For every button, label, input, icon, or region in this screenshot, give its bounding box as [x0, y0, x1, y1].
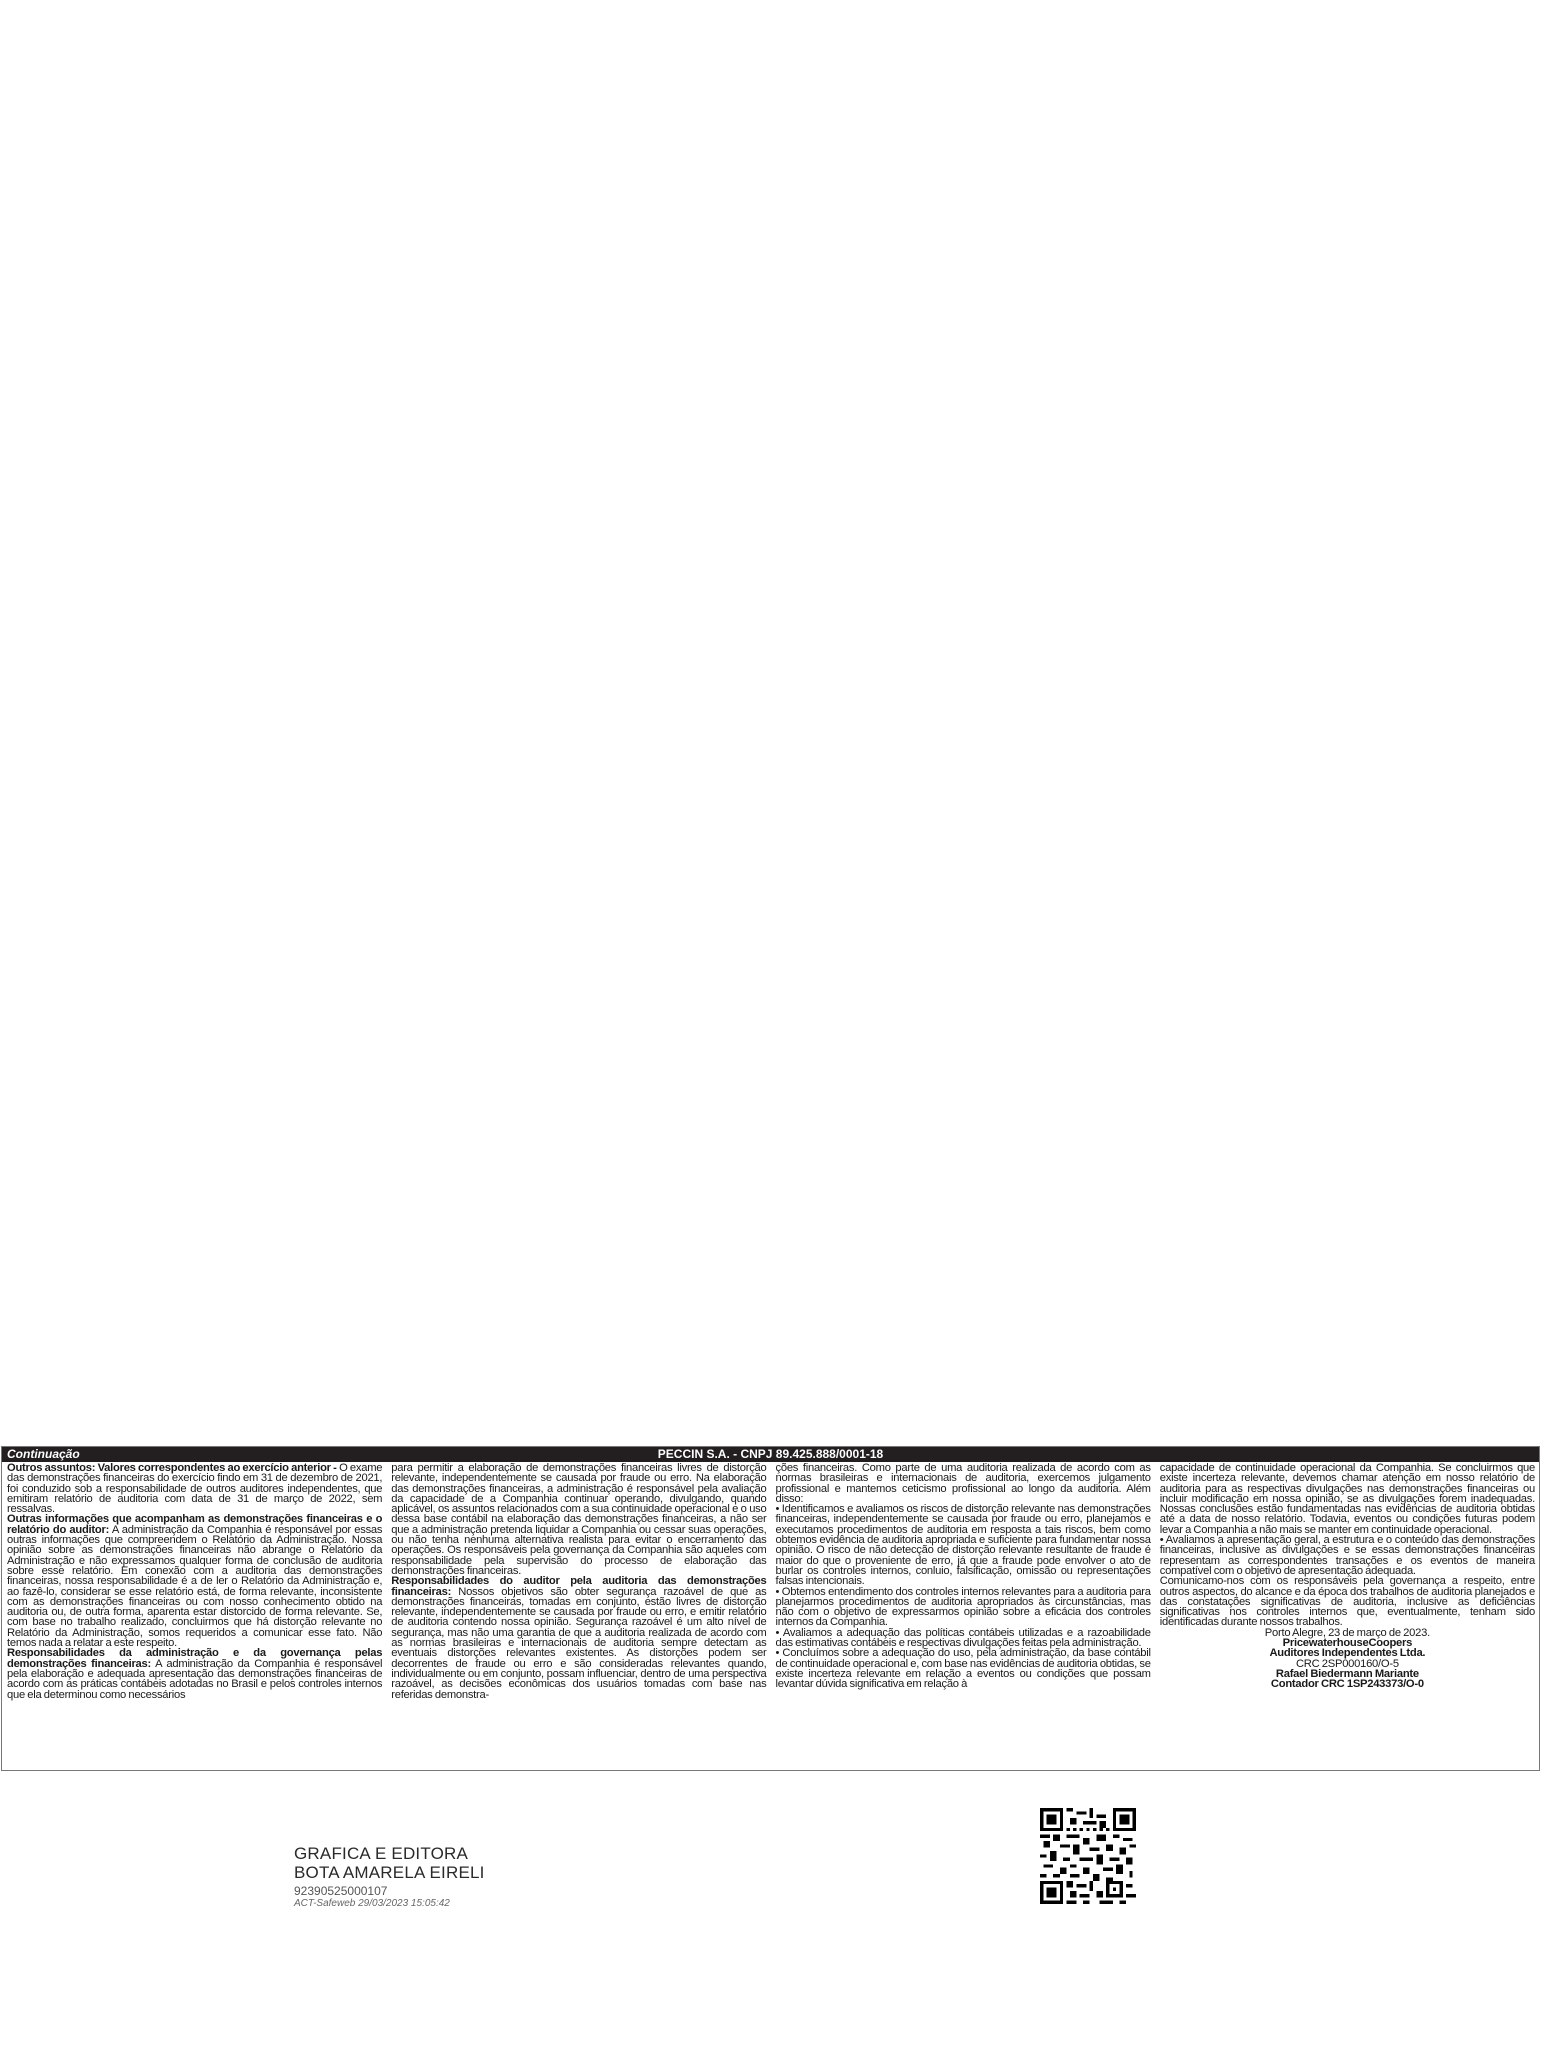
column-3: ções financeiras. Como parte de uma audi…	[776, 1463, 1151, 1700]
paragraph-text: capacidade de continuidade operacional d…	[1160, 1462, 1535, 1536]
paragraph-text: • Obtemos entendimento dos controles int…	[776, 1586, 1151, 1629]
paragraph-text: • Avaliamos a apresentação geral, a estr…	[1160, 1534, 1535, 1577]
column-1: Outros assuntos: Valores correspondentes…	[7, 1463, 382, 1700]
qr-code-icon	[1040, 1808, 1136, 1904]
column-2: para permitir a elaboração de demonstraç…	[391, 1463, 766, 1700]
paragraph-text: para permitir a elaboração de demonstraç…	[391, 1462, 766, 1577]
paragraph: Responsabilidades do auditor pela audito…	[391, 1576, 766, 1700]
bullet-item: • Concluímos sobre a adequação do uso, p…	[776, 1648, 1151, 1689]
auditor-report-notice: Continuação PECCIN S.A. - CNPJ 89.425.88…	[1, 1446, 1540, 1771]
bullet-item: • Identificamos e avaliamos os riscos de…	[776, 1504, 1151, 1586]
auditor-crc: Contador CRC 1SP243373/O-0	[1160, 1679, 1535, 1689]
header-bar: Continuação PECCIN S.A. - CNPJ 89.425.88…	[2, 1447, 1539, 1462]
bullet-item: • Avaliamos a adequação das políticas co…	[776, 1628, 1151, 1649]
paragraph: para permitir a elaboração de demonstraç…	[391, 1463, 766, 1576]
paragraph-text: • Identificamos e avaliamos os riscos de…	[776, 1503, 1151, 1587]
paragraph: ções financeiras. Como parte de uma audi…	[776, 1463, 1151, 1504]
text-columns: Outros assuntos: Valores correspondentes…	[2, 1462, 1539, 1700]
paragraph: capacidade de continuidade operacional d…	[1160, 1463, 1535, 1535]
paragraph: Outras informações que acompanham as dem…	[7, 1514, 382, 1648]
printer-name-line1: GRAFICA E EDITORA	[294, 1844, 485, 1863]
column-4: capacidade de continuidade operacional d…	[1160, 1463, 1535, 1700]
printer-name-line2: BOTA AMARELA EIRELI	[294, 1863, 485, 1882]
printer-info: GRAFICA E EDITORA BOTA AMARELA EIRELI 92…	[294, 1844, 485, 1909]
paragraph-text: ções financeiras. Como parte de uma audi…	[776, 1462, 1151, 1505]
bullet-item: • Avaliamos a apresentação geral, a estr…	[1160, 1535, 1535, 1576]
digital-certificate: ACT-Safeweb 29/03/2023 15:05:42	[294, 1898, 485, 1909]
paragraph-text: A administração da Companhia é responsáv…	[7, 1524, 382, 1649]
printer-cnpj: 92390525000107	[294, 1885, 485, 1898]
bullet-item: • Obtemos entendimento dos controles int…	[776, 1587, 1151, 1628]
company-title: PECCIN S.A. - CNPJ 89.425.888/0001-18	[2, 1447, 1539, 1462]
paragraph: Responsabilidades da administração e da …	[7, 1648, 382, 1699]
paragraph-text: • Avaliamos a adequação das políticas co…	[776, 1627, 1151, 1649]
paragraph-text: Comunicamo-nos com os responsáveis pela …	[1160, 1575, 1535, 1628]
signature-block: Porto Alegre, 23 de março de 2023. Price…	[1160, 1628, 1535, 1690]
paragraph: Comunicamo-nos com os responsáveis pela …	[1160, 1576, 1535, 1627]
paragraph: Outros assuntos: Valores correspondentes…	[7, 1463, 382, 1514]
paragraph-text: Nossos objetivos são obter segurança raz…	[391, 1586, 766, 1701]
paragraph-text: • Concluímos sobre a adequação do uso, p…	[776, 1647, 1151, 1690]
